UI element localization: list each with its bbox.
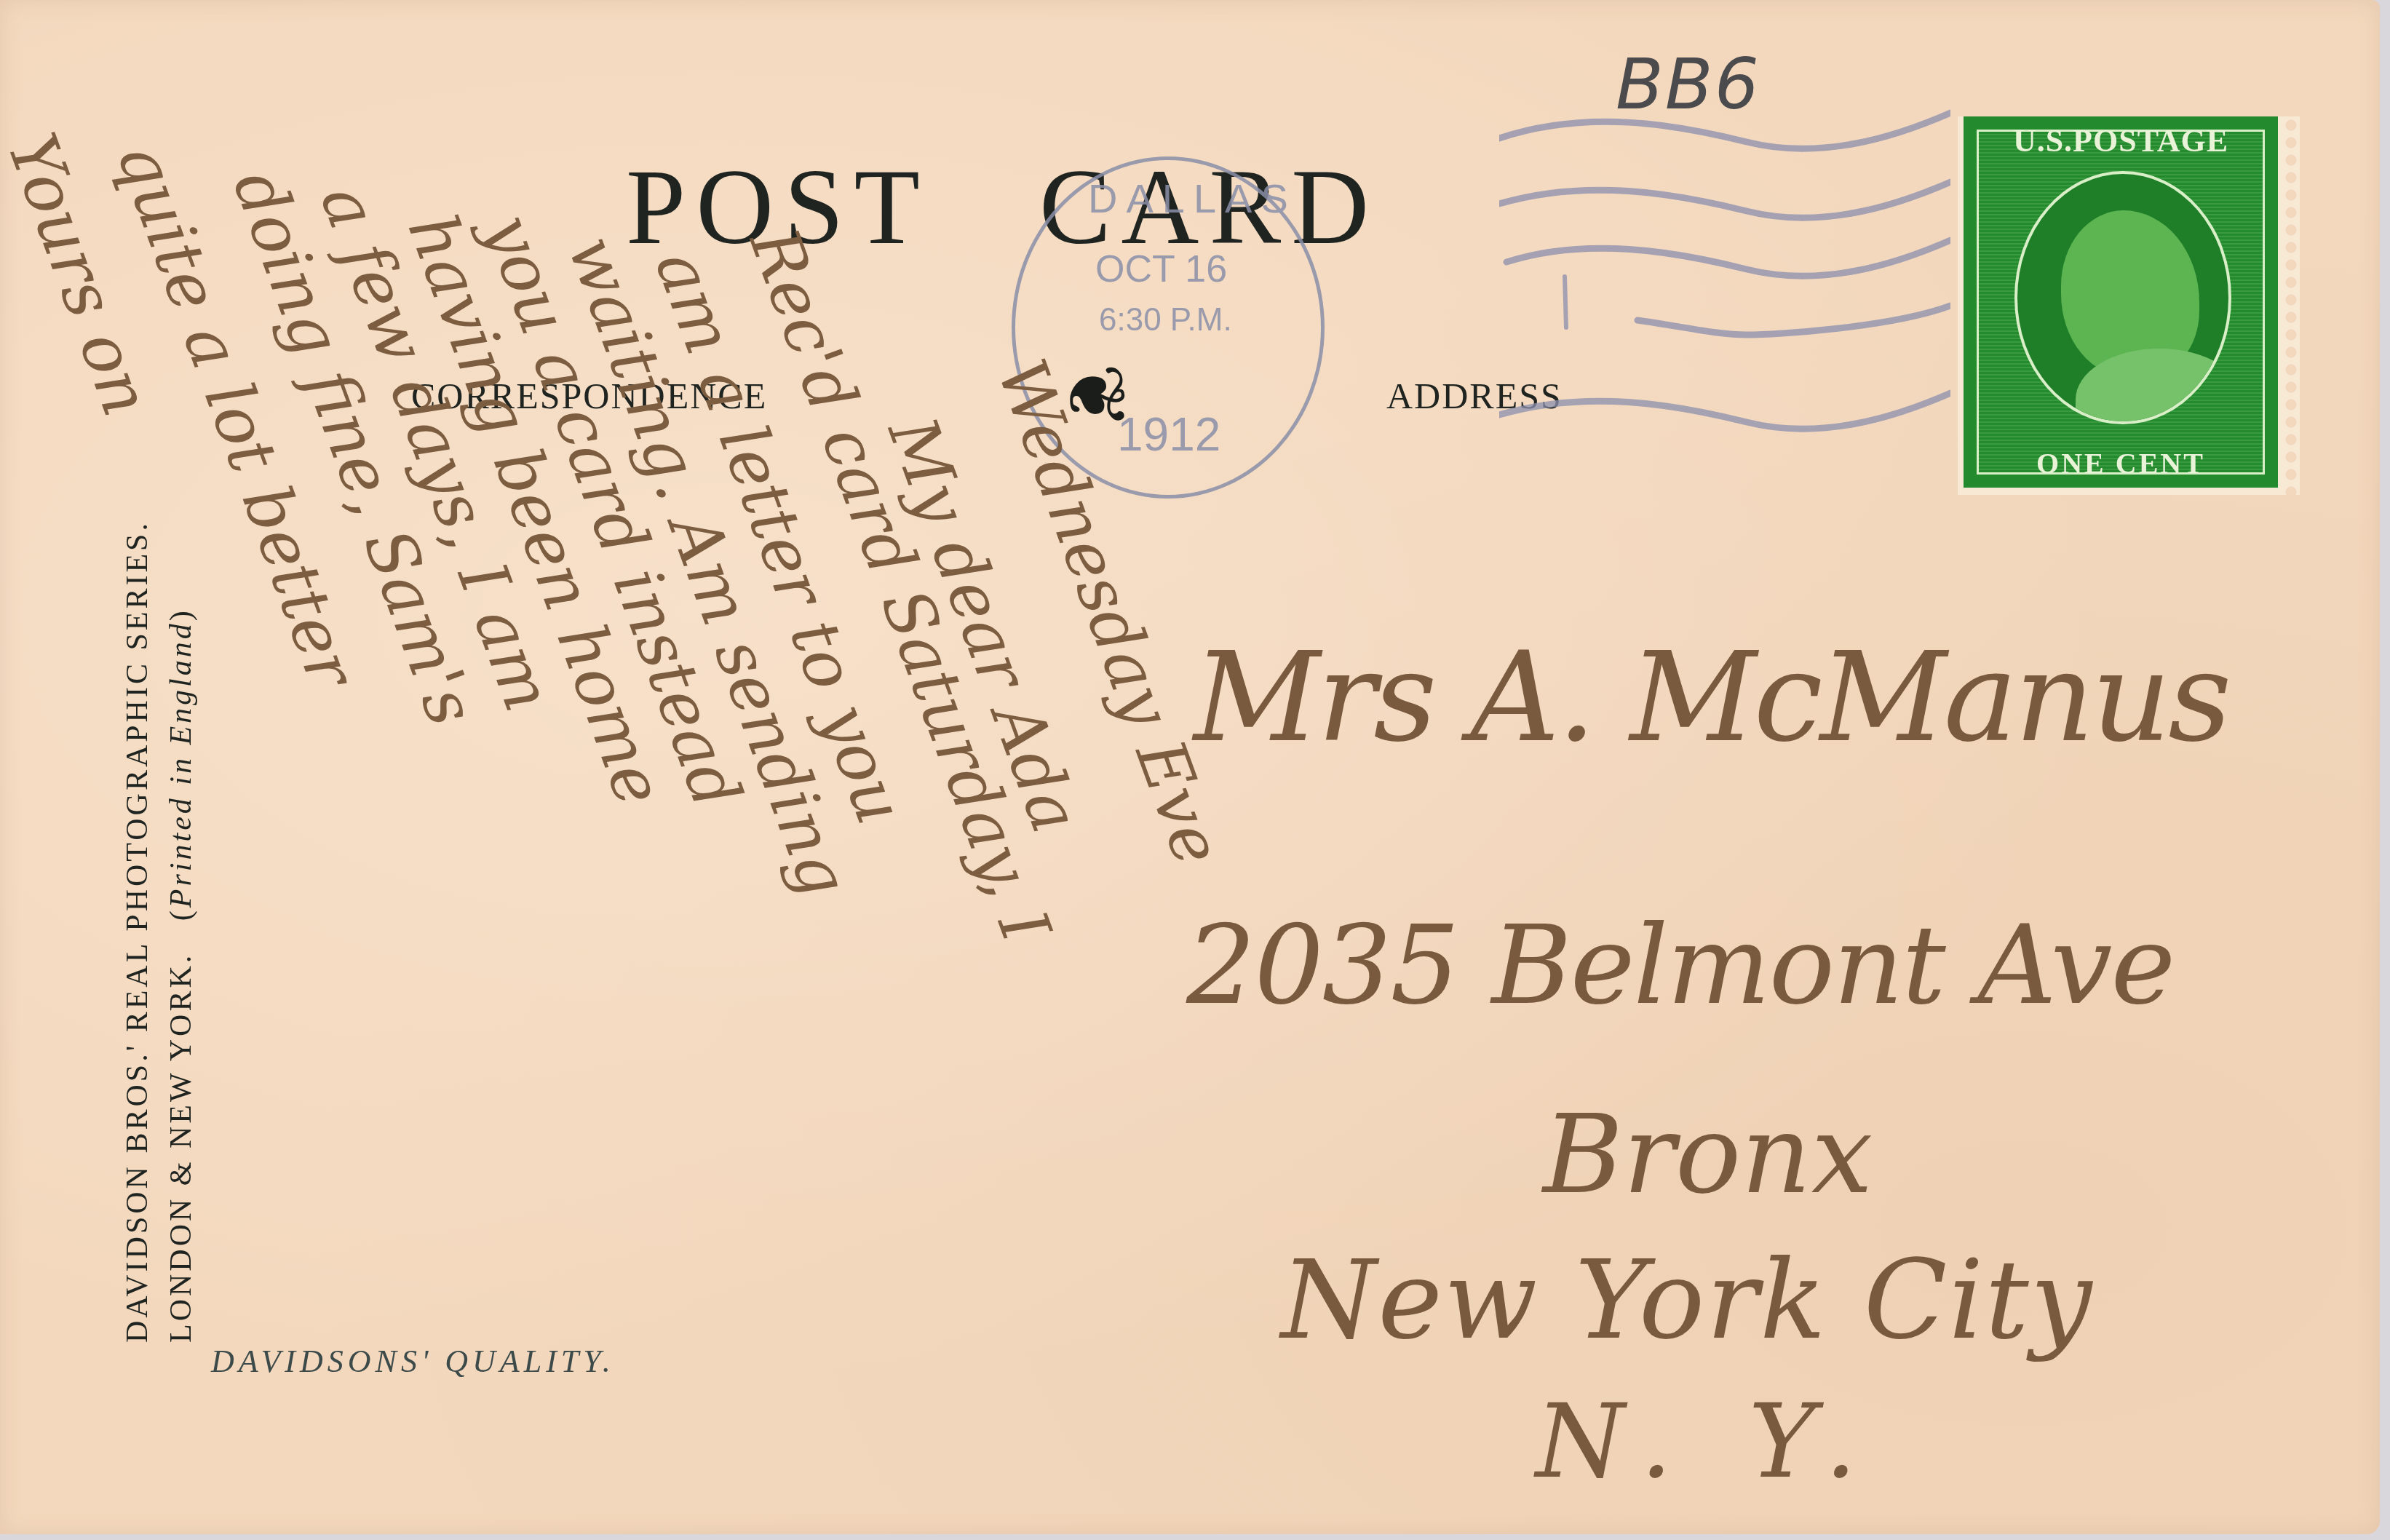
postcard-back: POSTCARD CORRESPONDENCE ADDRESS DAVIDSON… — [0, 0, 2380, 1534]
publisher-cities: LONDON & NEW YORK. (Printed in England) — [164, 608, 199, 1343]
printed-in-text: Printed in England — [164, 621, 198, 908]
recipient-street: 2035 Belmont Ave — [1186, 902, 2174, 1029]
quality-mark: DAVIDSONS' QUALITY. — [211, 1343, 615, 1380]
stamp-body: U.S.POSTAGE ONE CENT — [1964, 116, 2278, 488]
recipient-city: New York City — [1281, 1237, 2093, 1364]
pencil-note: BB6 — [1616, 44, 1760, 125]
publisher-line: DAVIDSON BROS.' REAL PHOTOGRAPHIC SERIES… — [120, 520, 155, 1343]
postmark-time: 6:30 P.M. — [1099, 302, 1232, 338]
stamp-bottom-text: ONE CENT — [1964, 446, 2278, 480]
publisher-cities-text: LONDON & NEW YORK. — [164, 953, 198, 1343]
postage-stamp: U.S.POSTAGE ONE CENT — [1958, 116, 2292, 495]
recipient-name: Mrs A. McManus — [1194, 626, 2228, 770]
postmark-city: DALLAS — [1088, 175, 1297, 222]
stamp-portrait-icon — [2014, 171, 2231, 424]
recipient-borough: Bronx — [1543, 1092, 1873, 1218]
postmark-date: OCT 16 — [1095, 247, 1227, 291]
cancellation-wavy-lines-icon — [1499, 109, 1950, 459]
stamp-top-text: U.S.POSTAGE — [1964, 122, 2278, 159]
recipient-state: N. Y. — [1536, 1383, 1878, 1501]
stamp-perforation — [2282, 116, 2300, 495]
